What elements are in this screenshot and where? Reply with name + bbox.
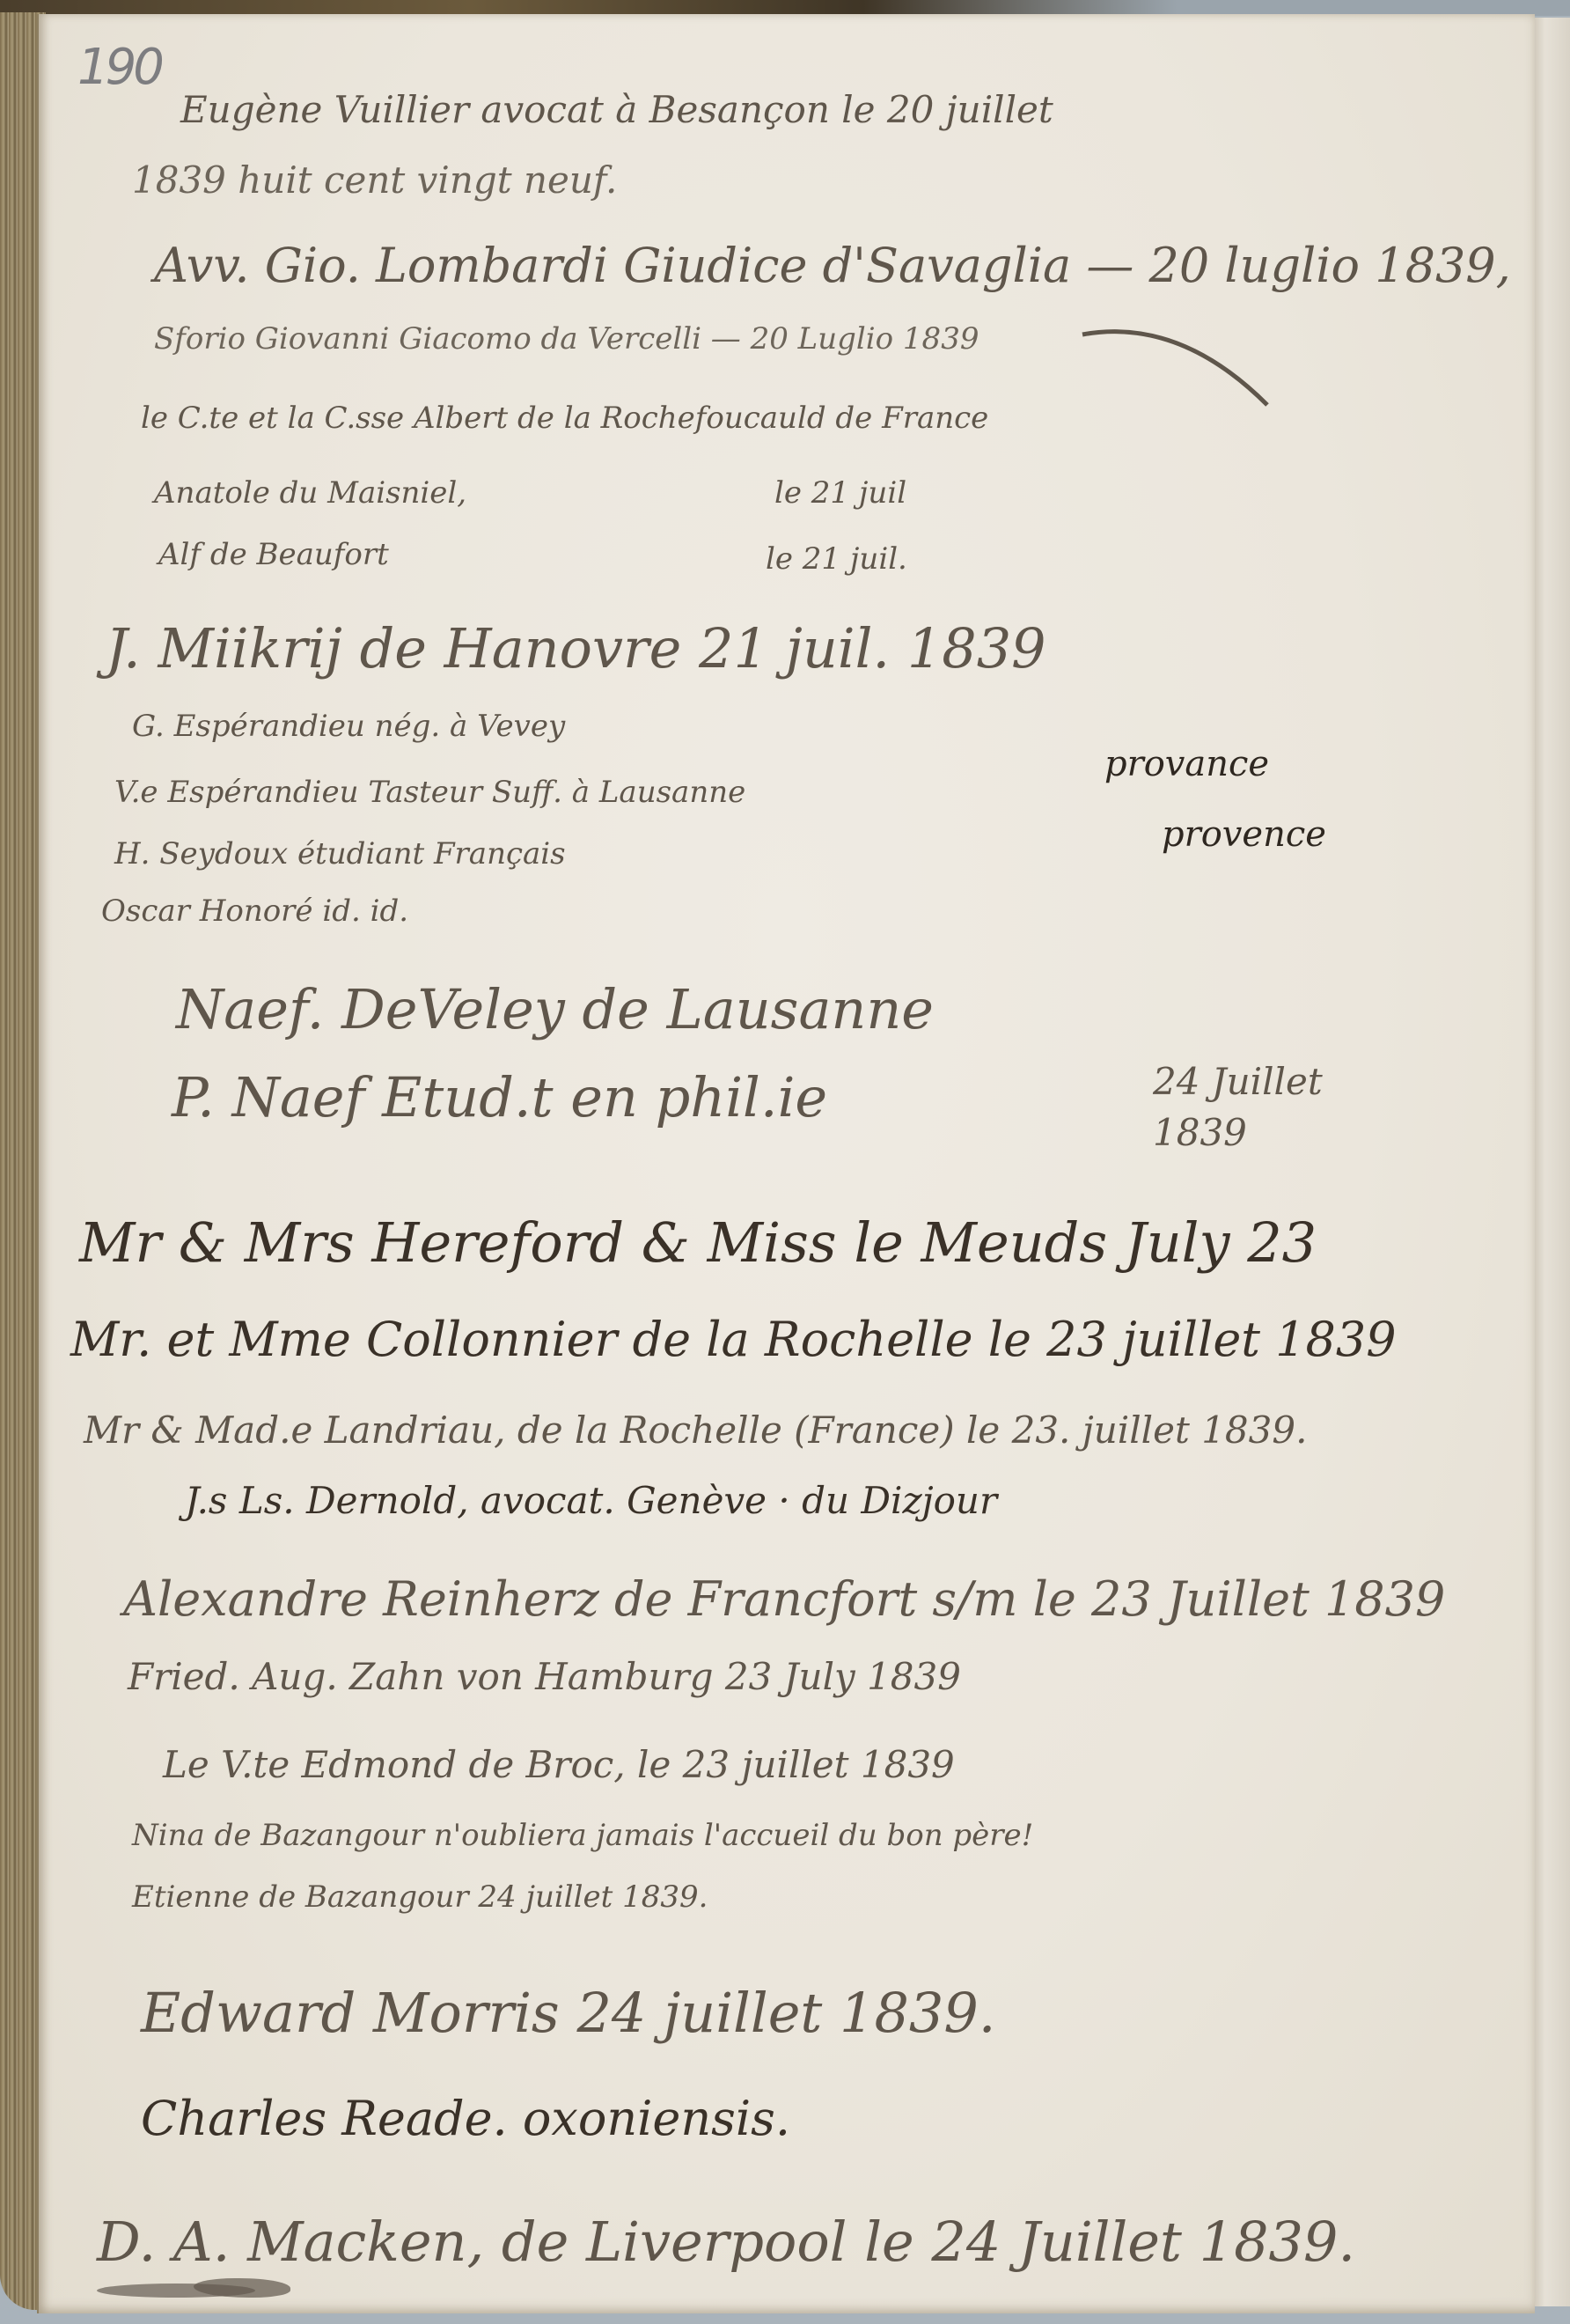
- entry-line-18: J.s Ls. Dernold, avocat. Genève · du Diz…: [185, 1479, 997, 1522]
- entry-line-22: Nina de Bazangour n'oubliera jamais l'ac…: [132, 1818, 1033, 1853]
- entry-line-26: D. A. Macken, de Liverpool le 24 Juillet…: [97, 2210, 1355, 2274]
- entry-line-11: H. Seydoux étudiant Français: [114, 836, 566, 871]
- entry-line-12: Oscar Honoré id. id.: [101, 894, 408, 929]
- entry-line-3: Avv. Gio. Lombardi Giudice d'Savaglia — …: [154, 238, 1511, 293]
- entry-line-24: Edward Morris 24 juillet 1839.: [141, 1981, 996, 2045]
- entry-line-5: le C.te et la C.sse Albert de la Rochefo…: [141, 401, 988, 436]
- entry-line-14-date: 24 Juillet 1839: [1153, 1056, 1382, 1158]
- margin-note-1: provance: [1104, 744, 1269, 784]
- entry-line-6: Anatole du Maisniel,: [154, 475, 466, 511]
- register-page: [37, 14, 1535, 2313]
- entry-line-8: J. Miikrij de Hanovre 21 juil. 1839: [106, 616, 1046, 680]
- entry-line-14: P. Naef Etud.t en phil.ie: [172, 1065, 827, 1129]
- entry-line-25: Charles Reade. oxoniensis.: [141, 2091, 790, 2146]
- entry-line-13: Naef. DeVeley de Lausanne: [176, 977, 934, 1041]
- entry-line-1: Eugène Vuillier avocat à Besançon le 20 …: [180, 88, 1053, 131]
- entry-line-15: Mr & Mrs Hereford & Miss le Meuds July 2…: [79, 1210, 1317, 1275]
- entry-line-16: Mr. et Mme Collonnier de la Rochelle le …: [70, 1312, 1397, 1367]
- entry-line-4: Sforio Giovanni Giacomo da Vercelli — 20…: [154, 321, 979, 357]
- entry-line-7-date: le 21 juil.: [766, 541, 907, 577]
- entry-line-6-date: le 21 juil: [774, 475, 906, 511]
- entry-line-20: Fried. Aug. Zahn von Hamburg 23 July 183…: [128, 1655, 961, 1698]
- entry-line-19: Alexandre Reinherz de Francfort s/m le 2…: [123, 1571, 1445, 1627]
- entry-line-10: V.e Espérandieu Tasteur Suff. à Lausanne: [114, 775, 745, 810]
- right-page-edge: [1533, 18, 1570, 2306]
- entry-line-7: Alf de Beaufort: [158, 537, 389, 572]
- entry-line-21: Le V.te Edmond de Broc, le 23 juillet 18…: [163, 1743, 955, 1786]
- entry-line-23: Etienne de Bazangour 24 juillet 1839.: [132, 1879, 708, 1915]
- entry-line-17: Mr & Mad.e Landriau, de la Rochelle (Fra…: [84, 1408, 1307, 1452]
- entry-line-9: G. Espérandieu nég. à Vevey: [132, 709, 565, 744]
- page-number: 190: [77, 39, 161, 96]
- margin-note-2: provence: [1162, 814, 1326, 855]
- entry-line-2: 1839 huit cent vingt neuf.: [132, 158, 617, 202]
